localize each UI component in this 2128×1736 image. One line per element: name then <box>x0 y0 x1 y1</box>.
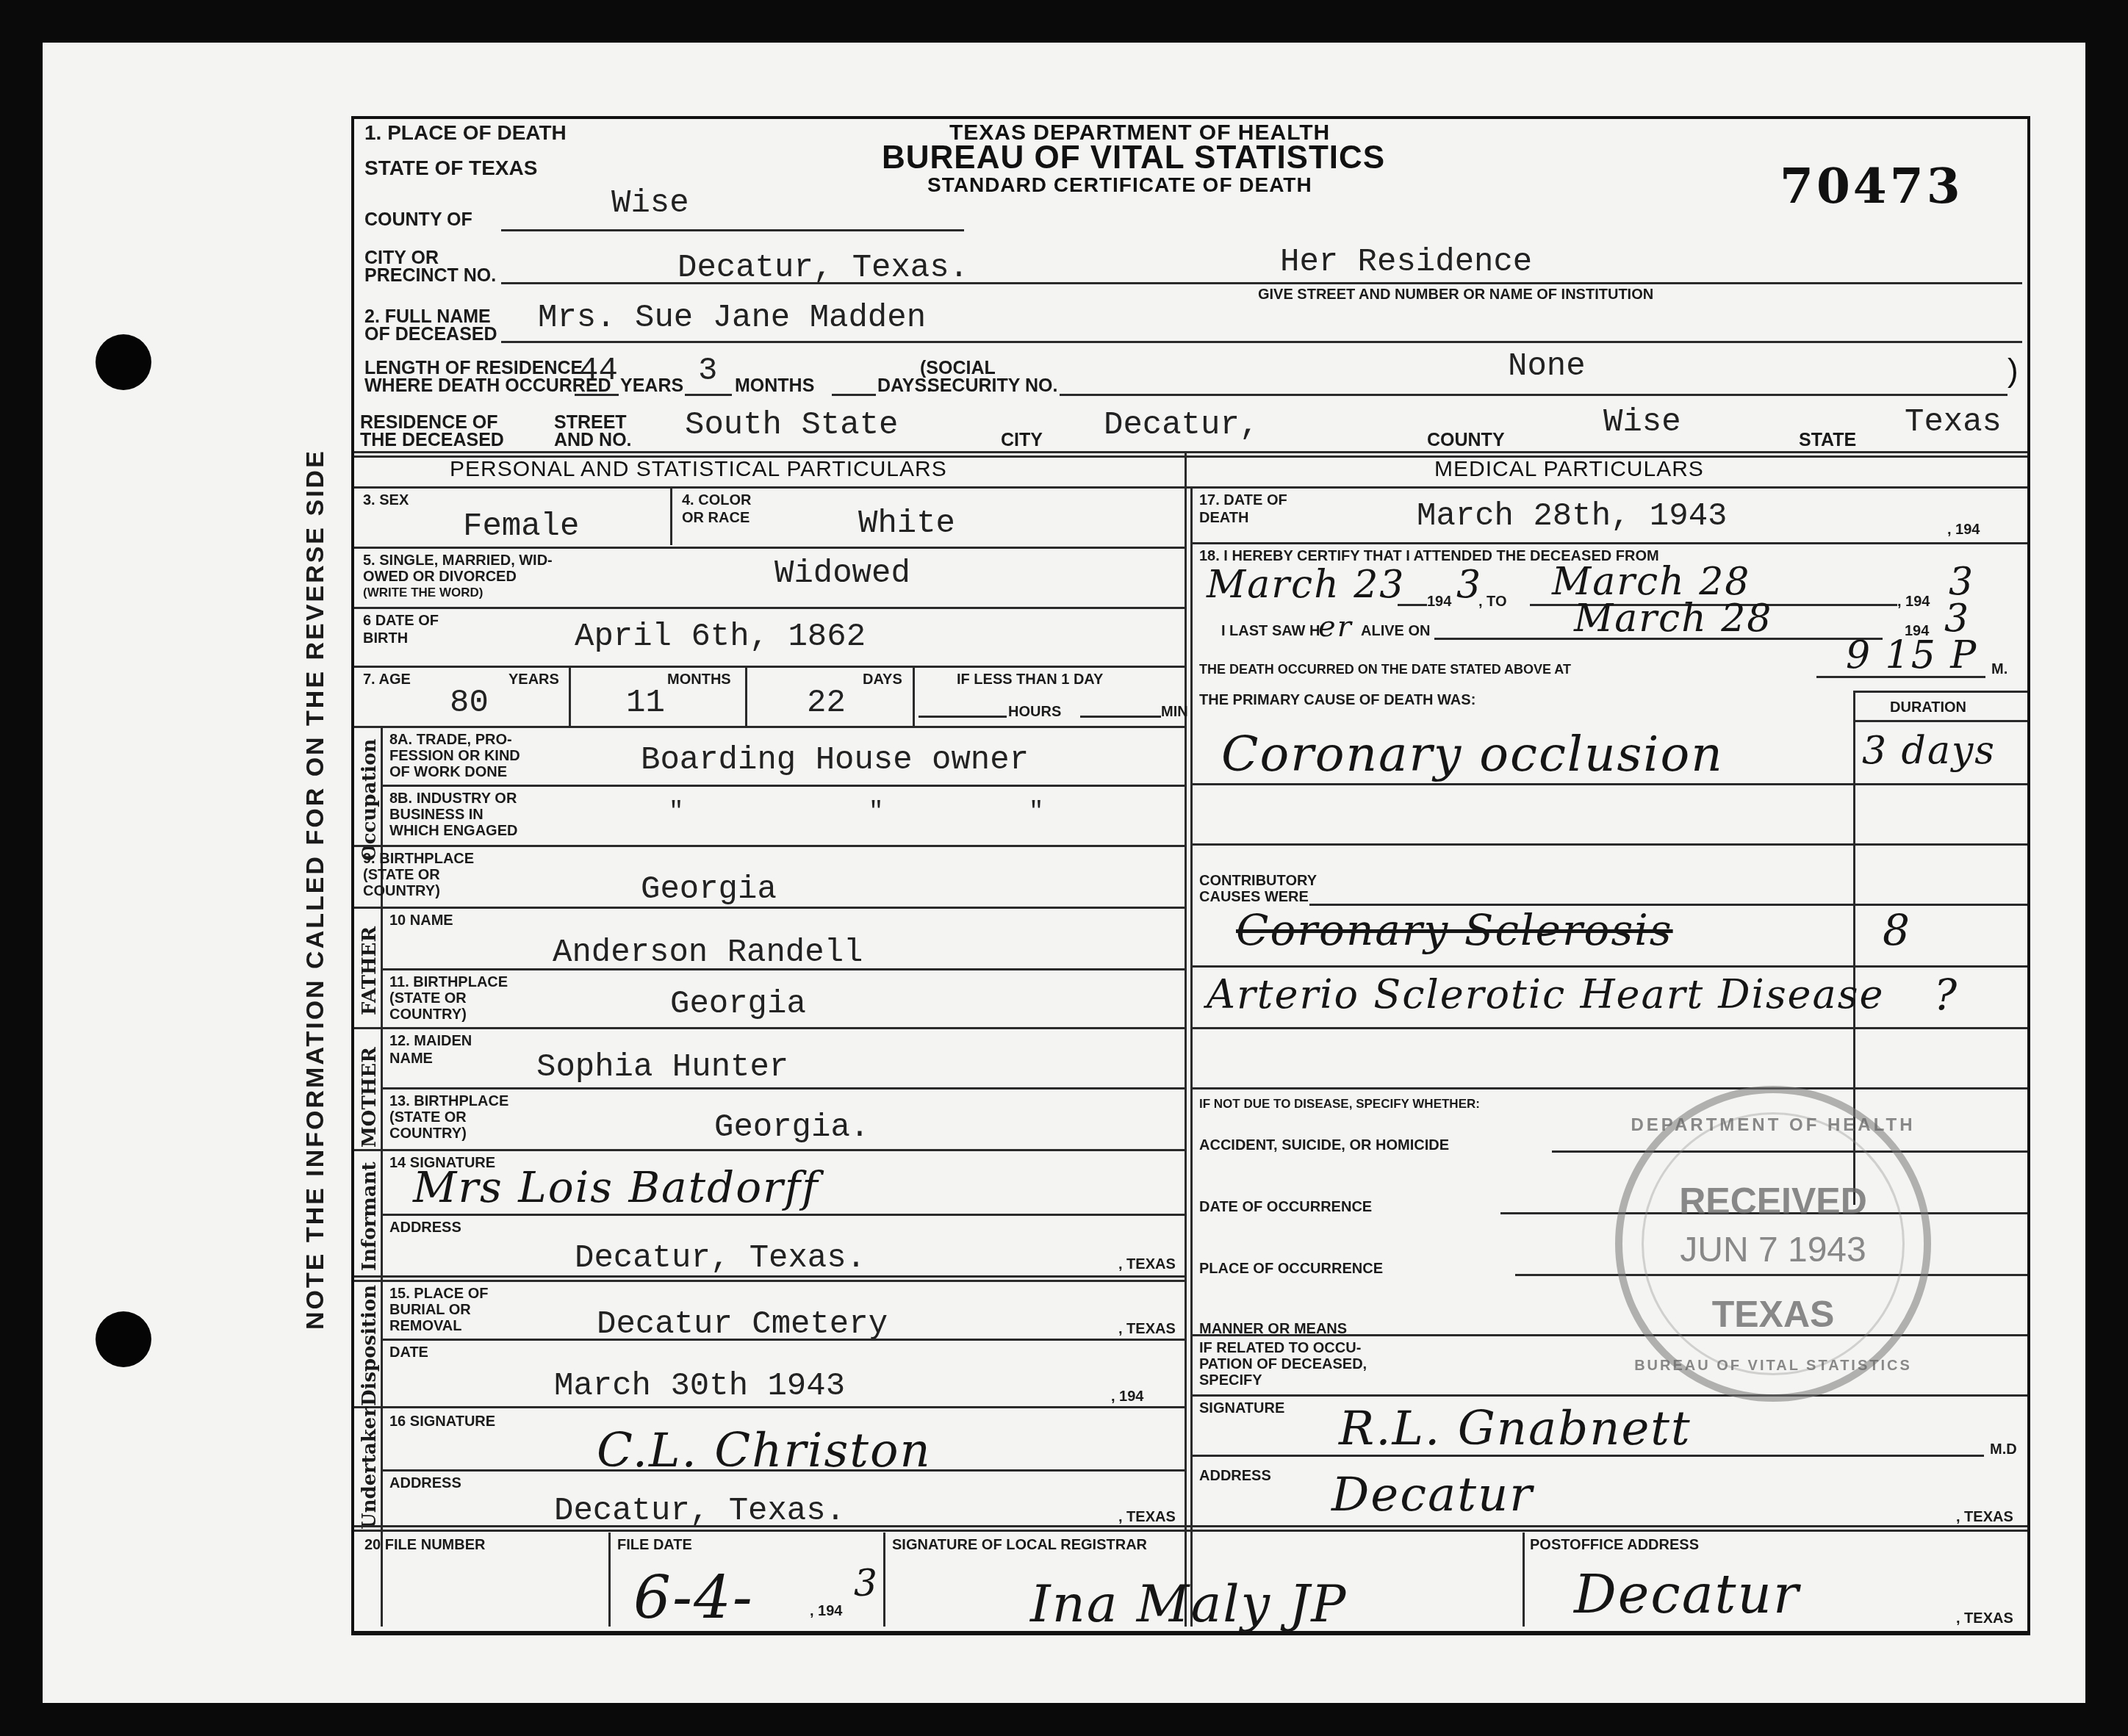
death-county-value: Wise <box>611 185 689 222</box>
residence-county-value: Wise <box>1603 404 1681 441</box>
burial-place-value: Decatur Cmetery <box>597 1306 888 1343</box>
contributory-cause-struck: Coronary Sclerosis <box>1236 905 1673 955</box>
place-of-death-label: 1. PLACE OF DEATH <box>364 122 567 144</box>
father-birthplace-value: Georgia <box>670 986 806 1023</box>
full-name-label-2: OF DECEASED <box>364 325 497 344</box>
physician-signature: R.L. Gnabnett <box>1339 1402 1692 1456</box>
birthplace-value: Georgia <box>641 871 777 908</box>
certificate-number: 70473 <box>1780 157 1963 215</box>
side-note-vertical: NOTE THE INFORMATION CALLED FOR ON THE R… <box>301 449 330 1330</box>
postoffice-value: Decatur <box>1574 1563 1800 1625</box>
marital-status-value: Widowed <box>774 555 910 592</box>
stamp-ring-top: DEPARTMENT OF HEALTH <box>1622 1115 1924 1136</box>
stamp-date: JUN 7 1943 <box>1622 1230 1924 1270</box>
occupation-tab: Occupation <box>359 739 381 861</box>
punch-hole-top <box>96 334 151 390</box>
death-time-value: 9 15 P <box>1846 633 1977 677</box>
death-city-value: Decatur, Texas. <box>677 250 968 287</box>
residence-state-value: Texas <box>1905 404 2002 441</box>
primary-cause-duration: 3 days <box>1862 729 1996 773</box>
age-days-value: 22 <box>807 685 846 721</box>
certificate-title: STANDARD CERTIFICATE OF DEATH <box>927 173 1312 197</box>
punch-hole-bottom <box>96 1311 151 1367</box>
father-tab: FATHER <box>359 926 381 1015</box>
residence-years-value: 44 <box>579 353 618 389</box>
residence-months-value: 3 <box>698 353 717 389</box>
undertaker-tab: Undertaker <box>359 1407 381 1530</box>
city-label-2: PRECINCT NO. <box>364 266 496 285</box>
father-name-value: Anderson Randell <box>553 934 863 971</box>
death-certificate-form: 1. PLACE OF DEATH STATE OF TEXAS TEXAS D… <box>351 116 2030 1635</box>
disposition-tab: Disposition <box>359 1285 381 1406</box>
informant-signature: Mrs Lois Batdorff <box>413 1162 819 1212</box>
residence-city-value: Decatur, <box>1104 407 1259 444</box>
last-saw-alive-value: March 28 <box>1574 597 1772 641</box>
received-stamp: DEPARTMENT OF HEALTH RECEIVED JUN 7 1943… <box>1615 1086 1931 1402</box>
mother-tab: MOTHER <box>359 1047 381 1148</box>
stamp-ring-bottom: BUREAU OF VITAL STATISTICS <box>1622 1358 1924 1375</box>
institution-hint: GIVE STREET AND NUMBER OR NAME OF INSTIT… <box>1258 287 1653 303</box>
personal-section-title: PERSONAL AND STATISTICAL PARTICULARS <box>450 457 947 482</box>
death-institution-value: Her Residence <box>1280 244 1532 281</box>
date-of-birth-value: April 6th, 1862 <box>575 619 866 655</box>
medical-section-title: MEDICAL PARTICULARS <box>1434 457 1704 482</box>
industry-ditto-3: " <box>1029 798 1043 826</box>
residence-street-value: South State <box>685 407 898 444</box>
stamp-received: RECEIVED <box>1622 1180 1924 1222</box>
bureau-heading: BUREAU OF VITAL STATISTICS <box>882 140 1385 176</box>
date-of-death-value: March 28th, 1943 <box>1417 498 1727 535</box>
contributory-cause-value: Arterio Sclerotic Heart Disease <box>1207 971 1884 1018</box>
state-of-texas-label: STATE OF TEXAS <box>364 157 537 179</box>
informant-tab: Informant <box>359 1161 381 1271</box>
primary-cause-value: Coronary occlusion <box>1221 726 1724 782</box>
burial-date-value: March 30th 1943 <box>554 1368 845 1405</box>
sex-value: Female <box>463 508 579 545</box>
county-of-label: COUNTY OF <box>364 210 472 229</box>
industry-ditto-2: " <box>869 798 883 826</box>
mother-birthplace-value: Georgia. <box>714 1109 869 1146</box>
residence-length-label-2: WHERE DEATH OCCURRED <box>364 376 611 395</box>
undertaker-address-value: Decatur, Texas. <box>554 1493 845 1530</box>
age-years-value: 80 <box>450 685 489 721</box>
occupation-value: Boarding House owner <box>641 742 1029 779</box>
social-security-value: None <box>1508 348 1586 385</box>
attended-from-value: March 23 <box>1207 563 1405 607</box>
race-value: White <box>858 505 955 542</box>
mother-name-value: Sophia Hunter <box>536 1049 788 1086</box>
contributory-cause-duration: ? <box>1934 970 1958 1020</box>
stamp-state: TEXAS <box>1622 1293 1924 1336</box>
registrar-signature: Ina Maly JP <box>1030 1574 1347 1634</box>
informant-address-value: Decatur, Texas. <box>575 1240 866 1277</box>
industry-ditto-1: " <box>669 798 683 826</box>
file-date-value: 6-4- <box>633 1563 754 1632</box>
physician-address: Decatur <box>1331 1468 1534 1522</box>
age-months-value: 11 <box>626 685 665 721</box>
full-name-value: Mrs. Sue Jane Madden <box>538 300 926 336</box>
